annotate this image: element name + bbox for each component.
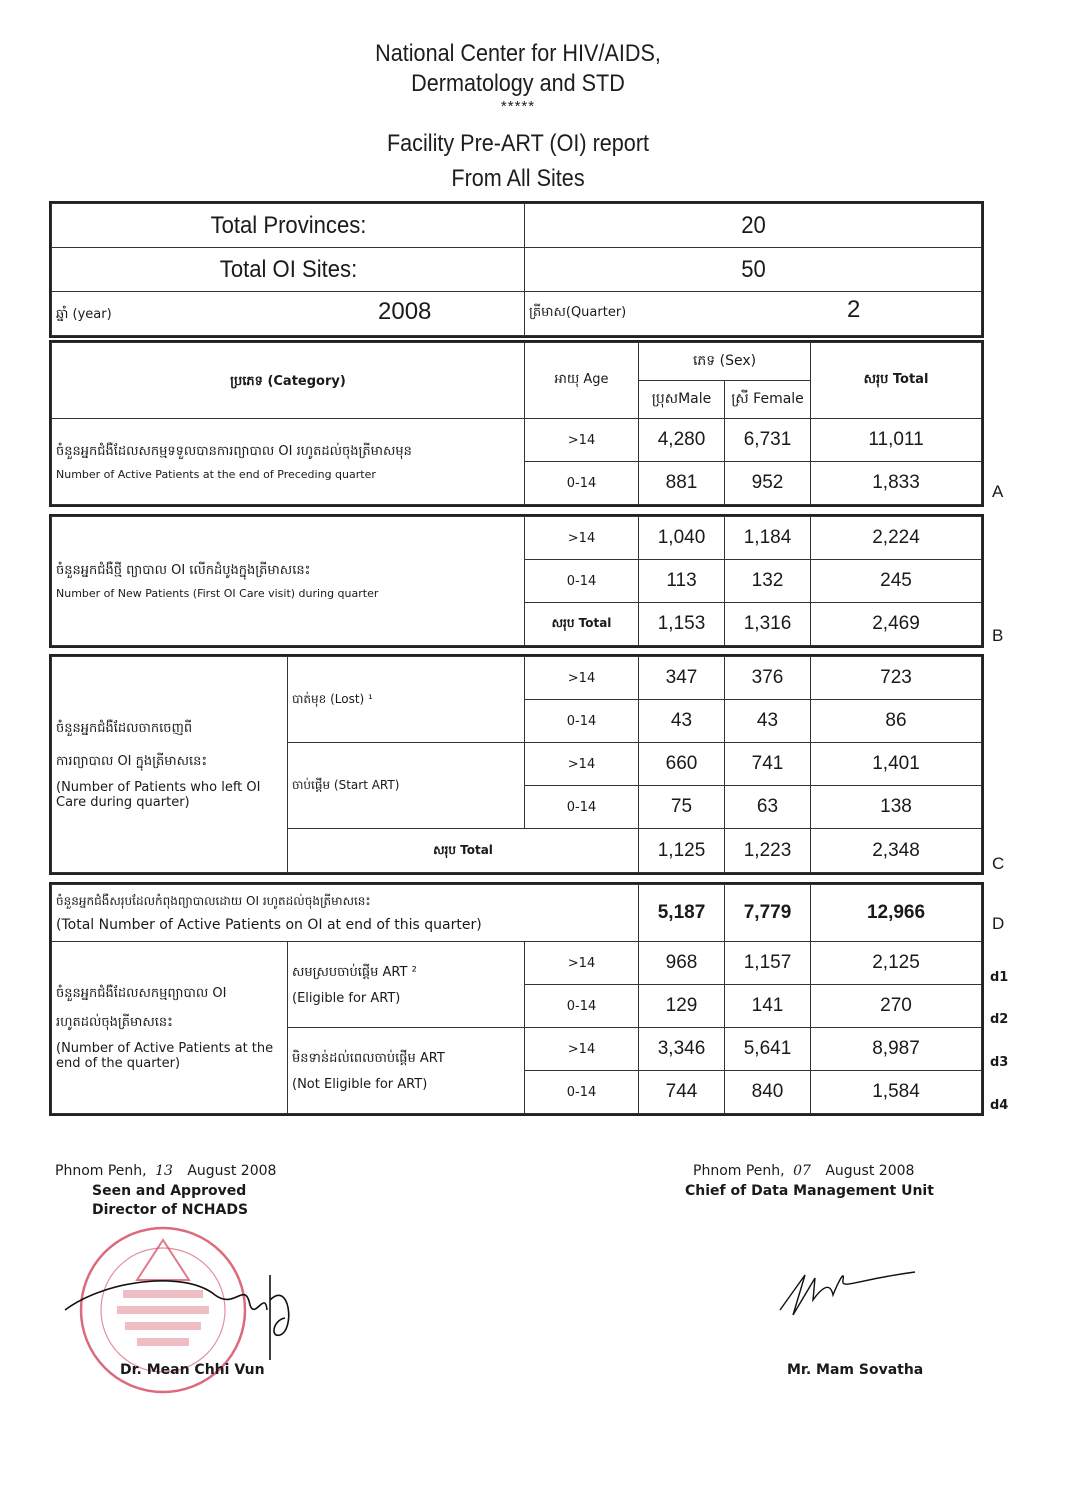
male-cell: 43 [639,700,725,743]
total-oi-sites-label: Total OI Sites: [70,248,505,292]
female-cell: 1,157 [725,942,811,985]
age-cell: 0-14 [525,700,639,743]
male-cell: 660 [639,743,725,786]
quarter-value: 2 [847,296,860,324]
org-name-line2: Dermatology and STD [52,70,984,98]
left-approval-line: Seen and Approved [92,1183,246,1199]
left-signatory-name: Dr. Mean Chhi Vun [120,1362,265,1378]
right-handwritten-day: 07 [793,1163,811,1179]
male-cell: 113 [639,560,725,603]
female-cell: 141 [725,985,811,1028]
age-cell: >14 [525,1028,639,1071]
total-cell: 138 [811,786,982,829]
lost-label: បាត់មុខ (Lost) ¹ [288,657,525,743]
section-c-label: ចំនួនអ្នកជំងឺដែលចាកចេញពី ការព្យាបាល OI ក… [52,657,288,873]
section-a-label: ចំនួនអ្នកជំងឺដែលសកម្មទទួលបានការព្យាបាល O… [52,419,525,505]
age-cell: >14 [525,517,639,560]
female-cell: 132 [725,560,811,603]
total-cell: 1,401 [811,743,982,786]
male-header: ប្រុសMale [639,381,725,419]
section-d-label: ចំនួនអ្នកជំងឺសរុបដែលកំពុងព្យាបាលដោយ OI រ… [52,885,639,942]
d1-marker: d1 [990,970,1008,985]
section-b-marker: B [992,626,1003,646]
d3-marker: d3 [990,1055,1008,1070]
left-handwritten-day: 13 [155,1163,173,1179]
quarter-cell: ត្រីមាស(Quarter) 2 [525,292,982,336]
right-place-date: Phnom Penh, 07 August 2008 [693,1163,914,1179]
female-total-cell: 1,316 [725,603,811,646]
male-cell: 1,040 [639,517,725,560]
d4-marker: d4 [990,1098,1008,1113]
male-total-cell: 1,125 [639,829,725,873]
section-a-table: ប្រភេទ (Category) អាយុ Age ភេទ (Sex) សរុ… [51,342,982,505]
section-b-label: ចំនួនអ្នកជំងឺថ្មី ព្យាបាល OI លើកដំបូងក្ន… [52,517,525,646]
female-cell: 5,641 [725,1028,811,1071]
year-label: ឆ្នាំ (year) [56,306,112,325]
female-header: ស្រី Female [725,381,811,419]
total-cell: 270 [811,985,982,1028]
female-cell: 6,731 [725,419,811,462]
total-oi-sites-value: 50 [543,248,963,292]
org-name-line1: National Center for HIV/AIDS, [52,40,984,68]
section-b-table: ចំនួនអ្នកជំងឺថ្មី ព្យាបាល OI លើកដំបូងក្ន… [51,516,982,646]
female-total-cell: 1,223 [725,829,811,873]
total-cell: 1,584 [811,1071,982,1114]
total-cell: 1,833 [811,462,982,505]
age-cell: 0-14 [525,462,639,505]
total-cell: 2,125 [811,942,982,985]
grand-total-cell: 12,966 [811,885,982,942]
grand-total-cell: 2,469 [811,603,982,646]
quarter-label: ត្រីមាស(Quarter) [529,304,626,323]
total-provinces-label: Total Provinces: [70,204,505,248]
male-cell: 881 [639,462,725,505]
right-title-line: Chief of Data Management Unit [685,1183,934,1199]
age-cell: >14 [525,657,639,700]
year-cell: ឆ្នាំ (year) 2008 [52,292,525,336]
category-header: ប្រភេទ (Category) [52,343,525,419]
age-header: អាយុ Age [525,343,639,419]
total-row-label: សរុប Total [288,829,639,873]
section-d-detail-label: ចំនួនអ្នកជំងឺដែលសកម្មព្យាបាល OI រហូតដល់ច… [52,942,288,1114]
signature-icon [775,1260,925,1320]
female-cell: 840 [725,1071,811,1114]
male-cell: 129 [639,985,725,1028]
female-cell: 952 [725,462,811,505]
not-eligible-label: មិនទាន់ដល់ពេលចាប់ផ្ដើម ART (Not Eligible… [288,1028,525,1114]
total-cell: 86 [811,700,982,743]
female-cell: 43 [725,700,811,743]
total-cell: 2,224 [811,517,982,560]
section-c-marker: C [992,854,1004,874]
male-cell: 4,280 [639,419,725,462]
total-cell: 723 [811,657,982,700]
d2-marker: d2 [990,1012,1008,1027]
section-d-table: ចំនួនអ្នកជំងឺសរុបដែលកំពុងព្យាបាលដោយ OI រ… [51,884,982,1114]
eligible-label: សមស្របចាប់ផ្ដើម ART ² (Eligible for ART) [288,942,525,1028]
female-total-cell: 7,779 [725,885,811,942]
age-cell: 0-14 [525,985,639,1028]
total-provinces-value: 20 [543,204,963,248]
female-cell: 63 [725,786,811,829]
year-value: 2008 [378,298,431,326]
grand-total-cell: 2,348 [811,829,982,873]
left-place-date: Phnom Penh, 13 August 2008 [55,1163,276,1179]
start-art-label: ចាប់ផ្ដើម (Start ART) [288,743,525,829]
male-cell: 744 [639,1071,725,1114]
age-cell: 0-14 [525,1071,639,1114]
total-cell: 11,011 [811,419,982,462]
age-cell: 0-14 [525,786,639,829]
female-cell: 741 [725,743,811,786]
report-title: Facility Pre-ART (OI) report [52,130,984,158]
age-cell: >14 [525,942,639,985]
right-signatory-name: Mr. Mam Sovatha [787,1362,923,1378]
male-cell: 75 [639,786,725,829]
female-cell: 1,184 [725,517,811,560]
male-total-cell: 1,153 [639,603,725,646]
male-cell: 347 [639,657,725,700]
male-total-cell: 5,187 [639,885,725,942]
male-cell: 968 [639,942,725,985]
section-c-table: ចំនួនអ្នកជំងឺដែលចាកចេញពី ការព្យាបាល OI ក… [51,656,982,873]
sex-header: ភេទ (Sex) [639,343,811,381]
report-scope: From All Sites [52,165,984,193]
summary-table: Total Provinces: 20 Total OI Sites: 50 ឆ… [51,203,982,336]
age-cell: >14 [525,419,639,462]
section-d-marker: D [992,914,1004,934]
age-cell: 0-14 [525,560,639,603]
total-row-label: សរុប Total [525,603,639,646]
age-cell: >14 [525,743,639,786]
male-cell: 3,346 [639,1028,725,1071]
section-a-marker: A [992,482,1003,502]
total-header: សរុប Total [811,343,982,419]
total-cell: 245 [811,560,982,603]
female-cell: 376 [725,657,811,700]
header-separator: ***** [0,98,1036,115]
total-cell: 8,987 [811,1028,982,1071]
